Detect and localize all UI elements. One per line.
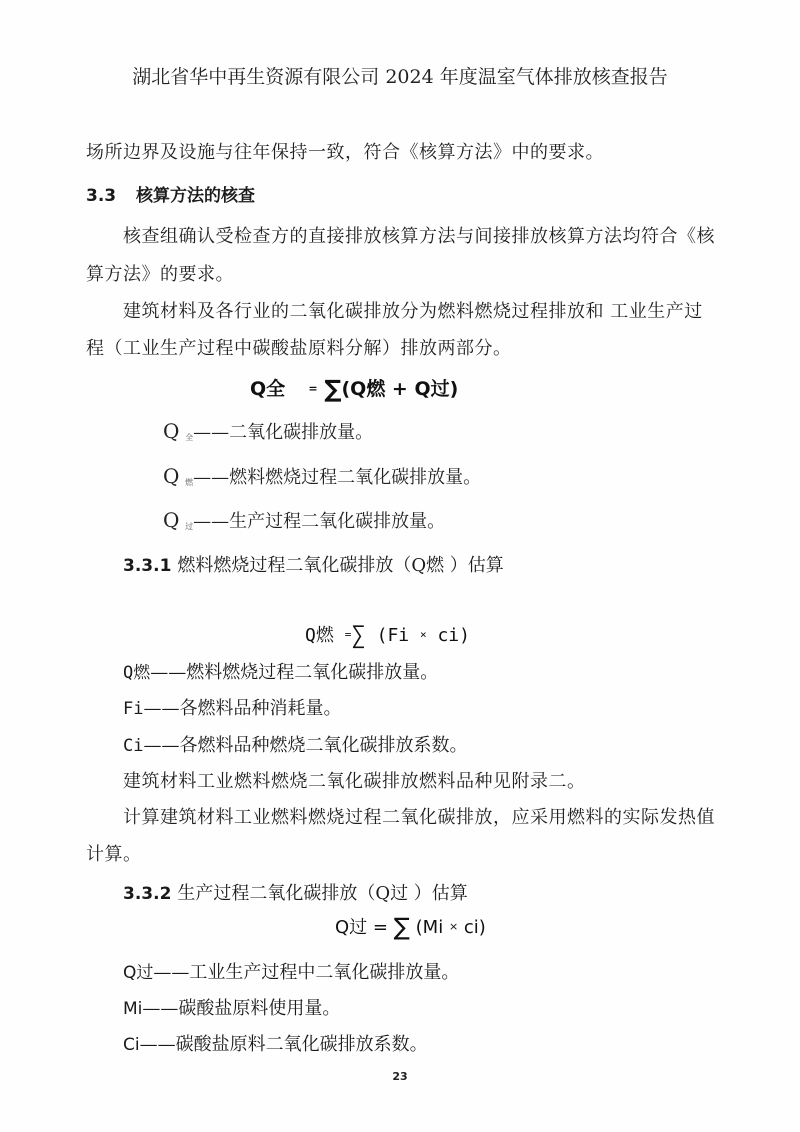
section-number: 3.3.2 (123, 884, 171, 904)
section-title: 生产过程二氧化碳排放（Q过 ）估算 (177, 883, 467, 904)
fuel-note-appendix: 建筑材料工业燃料燃烧二氧化碳排放燃料品种见附录二。 (123, 767, 586, 793)
definition-q-fuel: Q 燃——燃料燃烧过程二氧化碳排放量。 (163, 463, 481, 489)
formula-lhs: Q燃 (305, 625, 334, 646)
document-page: 湖北省华中再生资源有限公司 2024 年度温室气体排放核查报告 场所边界及设施与… (0, 0, 800, 1132)
definition-ci-fuel: Ci——各燃料品种燃烧二氧化碳排放系数。 (123, 731, 467, 757)
sigma-icon: ∑ (324, 375, 341, 403)
page-number: 23 (0, 1070, 800, 1083)
section-number: 3.3 (86, 186, 116, 206)
equals-sign: = (308, 382, 317, 395)
times-sign: × (420, 628, 427, 641)
section-number: 3.3.1 (123, 556, 171, 576)
definition-mi: Mi——碳酸盐原料使用量。 (123, 994, 340, 1020)
section-3-3-1-heading: 3.3.1 燃料燃烧过程二氧化碳排放（Q燃 ）估算 (123, 551, 504, 577)
formula-process-emissions: Q过 = ∑ (Mi × ci) (335, 913, 486, 941)
formula-rhs: (Q燃 + Q过) (341, 378, 458, 400)
times-sign: × (449, 920, 458, 933)
section-title: 燃料燃烧过程二氧化碳排放（Q燃 ）估算 (177, 555, 503, 576)
section-title: 核算方法的核查 (136, 186, 255, 206)
fuel-note-calorific-line-1: 计算建筑材料工业燃料燃烧过程二氧化碳排放，应采用燃料的实际发热值 (123, 803, 715, 829)
continuation-paragraph: 场所边界及设施与往年保持一致，符合《核算方法》中的要求。 (86, 138, 604, 164)
definition-q-total: Q 全——二氧化碳排放量。 (163, 418, 373, 444)
fuel-note-calorific-line-2: 计算。 (86, 840, 142, 866)
definition-fi: Fi——各燃料品种消耗量。 (123, 694, 341, 720)
formula-lhs: Q过 (335, 917, 367, 938)
formula-lhs: Q全 (250, 378, 285, 400)
paragraph-2-line-1: 建筑材料及各行业的二氧化碳排放分为燃料燃烧过程排放和 工业生产过 (123, 297, 703, 323)
section-3-3-heading: 3.3 核算方法的核查 (86, 181, 255, 206)
formula-fuel-emissions: Q燃 =∑ (Fi × ci) (305, 621, 470, 649)
sigma-icon: ∑ (394, 913, 410, 941)
equals-sign: = (373, 917, 388, 938)
paragraph-2-line-2: 程（工业生产过程中碳酸盐原料分解）排放两部分。 (86, 334, 512, 360)
section-3-3-2-heading: 3.3.2 生产过程二氧化碳排放（Q过 ）估算 (123, 879, 468, 905)
sigma-icon: ∑ (351, 621, 365, 649)
definition-q-process: Q 过——生产过程二氧化碳排放量。 (163, 507, 445, 533)
paragraph-1-line-1: 核查组确认受检查方的直接排放核算方法与间接排放核算方法均符合《核 (123, 222, 715, 248)
paragraph-1-line-2: 算方法》的要求。 (86, 260, 234, 286)
definition-q-fuel-2: Q燃——燃料燃烧过程二氧化碳排放量。 (123, 658, 438, 684)
formula-total-emissions: Q全 = ∑(Q燃 + Q过) (250, 374, 458, 403)
page-header-title: 湖北省华中再生资源有限公司 2024 年度温室气体排放核查报告 (0, 62, 800, 89)
definition-ci-process: Ci——碳酸盐原料二氧化碳排放系数。 (123, 1030, 428, 1056)
definition-q-process-2: Q过——工业生产过程中二氧化碳排放量。 (123, 958, 459, 984)
